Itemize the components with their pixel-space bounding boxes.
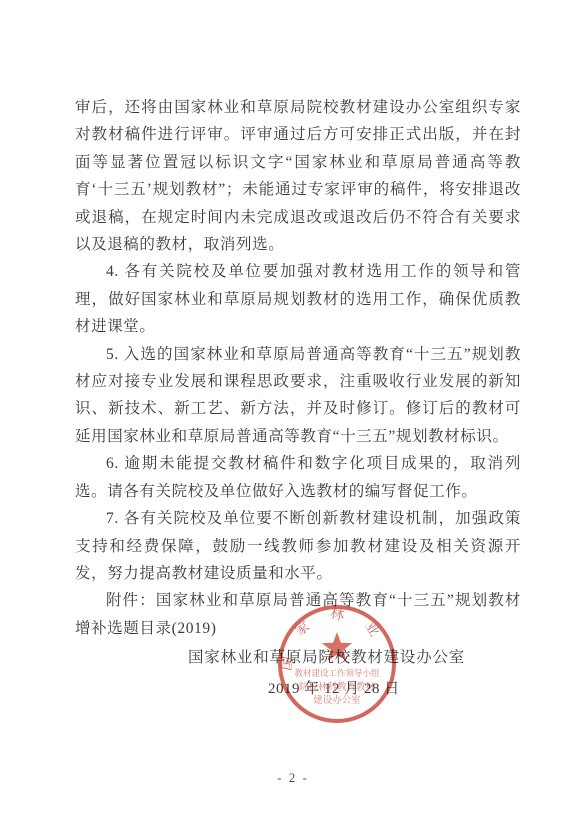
paragraph-continuation: 审后，还将由国家林业和草原局院校教材建设办公室组织专家对教材稿件进行评审。评审通… [75,94,521,258]
seal-ring-text: 国家林业和草原局 [275,602,393,672]
paragraph-item-6: 6. 逾期未能提交教材稿件和数字化项目成果的，取消列选。请各有关院校及单位做好入… [75,450,521,505]
document-page: 审后，还将由国家林业和草原局院校教材建设办公室组织专家对教材稿件进行评审。评审通… [0,0,586,829]
seal-inner-text-3: 建设办公室 [313,694,361,706]
star-icon [322,632,352,661]
document-body: 审后，还将由国家林业和草原局院校教材建设办公室组织专家对教材稿件进行评审。评审通… [75,94,521,642]
paragraph-item-5: 5. 入选的国家林业和草原局普通高等教育“十三五”规划教材应对接专业发展和课程思… [75,341,521,451]
paragraph-item-4: 4. 各有关院校及单位要加强对教材选用工作的领导和管理，做好国家林业和草原局规划… [75,258,521,340]
paragraph-item-7: 7. 各有关院校及单位要不断创新教材建设机制，加强政策支持和经费保障，鼓励一线教… [75,505,521,587]
official-seal: 国家林业和草原局 教材建设工作领导小组 院校林科教育教材 建设办公室 [275,602,399,726]
page-number: - 2 - [0,770,586,786]
seal-inner-text-2: 院校林科教育教材 [299,681,376,693]
seal-inner-text-1: 教材建设工作领导小组 [294,668,380,678]
